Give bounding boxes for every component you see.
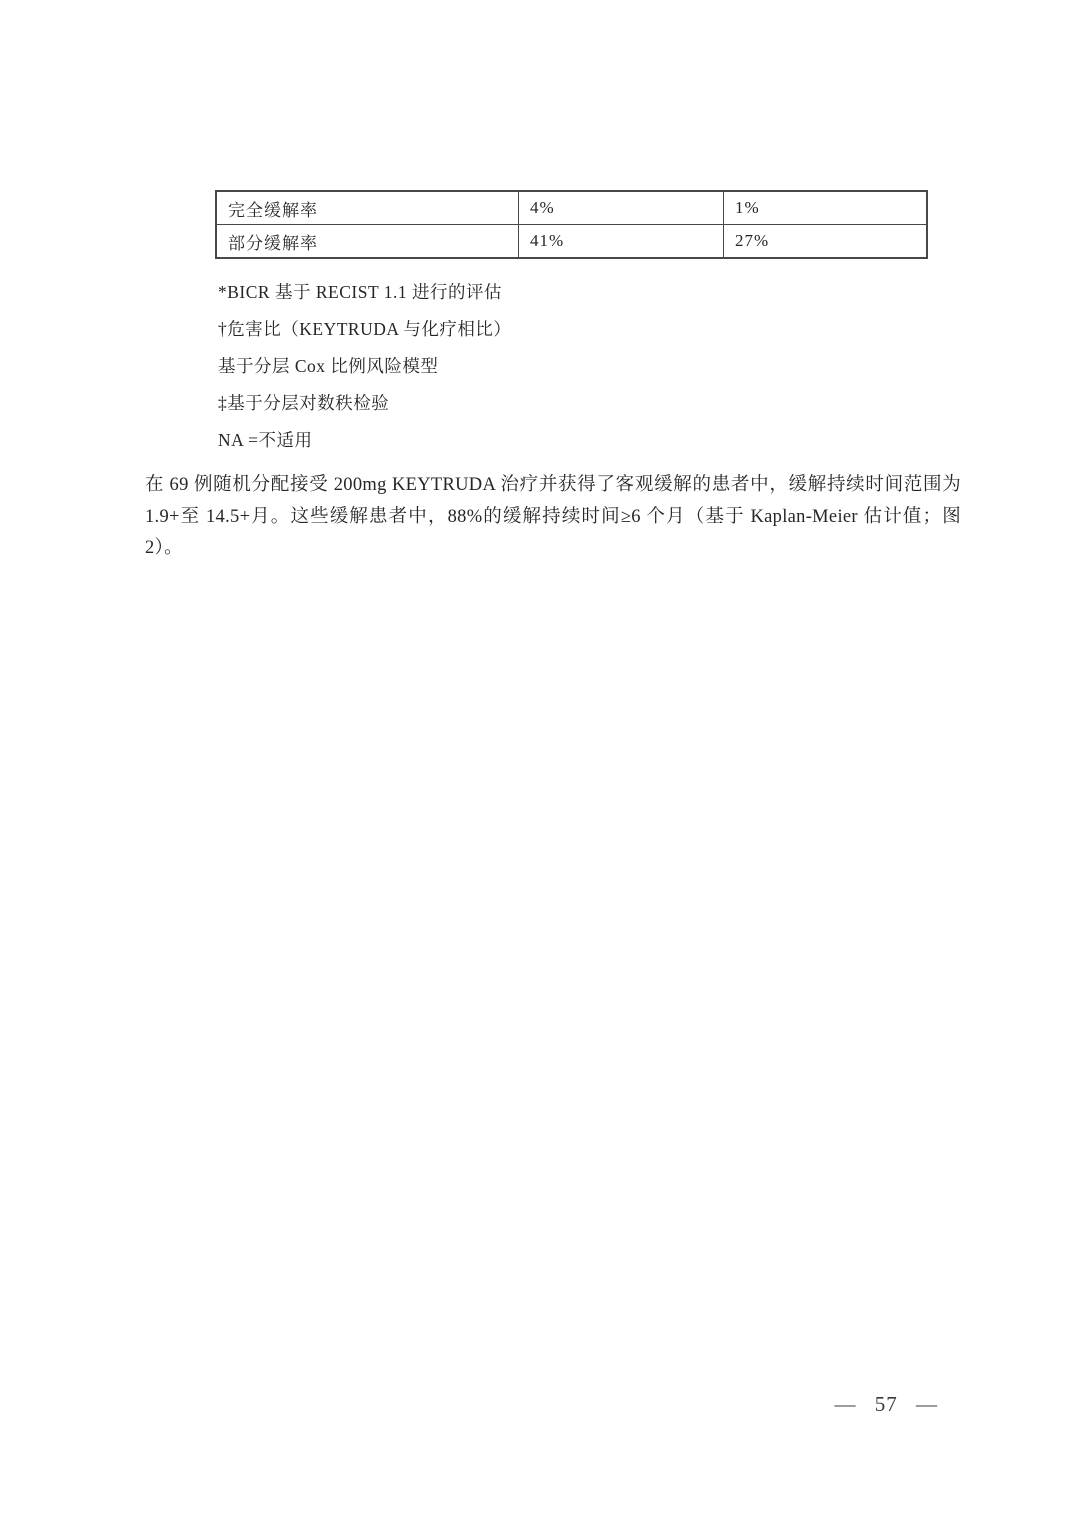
footnote-cox-model: 基于分层 Cox 比例风险模型	[218, 348, 778, 385]
table-cell-row-label: 完全缓解率	[216, 191, 519, 225]
document-page: 完全缓解率 4% 1% 部分缓解率 41% 27% *BICR 基于 RECIS…	[0, 0, 1080, 1527]
page-number-text: — 57 —	[835, 1392, 939, 1416]
table-row-complete-response: 完全缓解率 4% 1%	[216, 191, 927, 225]
table-cell-value: 41%	[519, 225, 724, 259]
response-rate-table: 完全缓解率 4% 1% 部分缓解率 41% 27%	[215, 190, 928, 259]
table-cell-value: 4%	[519, 191, 724, 225]
body-paragraph: 在 69 例随机分配接受 200mg KEYTRUDA 治疗并获得了客观缓解的患…	[145, 470, 961, 565]
footnote-na-definition: NA =不适用	[218, 422, 778, 459]
footnote-logrank-test: ‡基于分层对数秩检验	[218, 385, 778, 422]
page-number: — 57 —	[835, 1392, 939, 1417]
table-cell-value: 27%	[724, 225, 928, 259]
table-row-partial-response: 部分缓解率 41% 27%	[216, 225, 927, 259]
footnote-bicr: *BICR 基于 RECIST 1.1 进行的评估	[218, 274, 778, 311]
footnote-hazard-ratio: †危害比（KEYTRUDA 与化疗相比）	[218, 311, 778, 348]
table-cell-value: 1%	[724, 191, 928, 225]
table-footnotes-block: *BICR 基于 RECIST 1.1 进行的评估 †危害比（KEYTRUDA …	[218, 274, 778, 459]
table-cell-row-label: 部分缓解率	[216, 225, 519, 259]
